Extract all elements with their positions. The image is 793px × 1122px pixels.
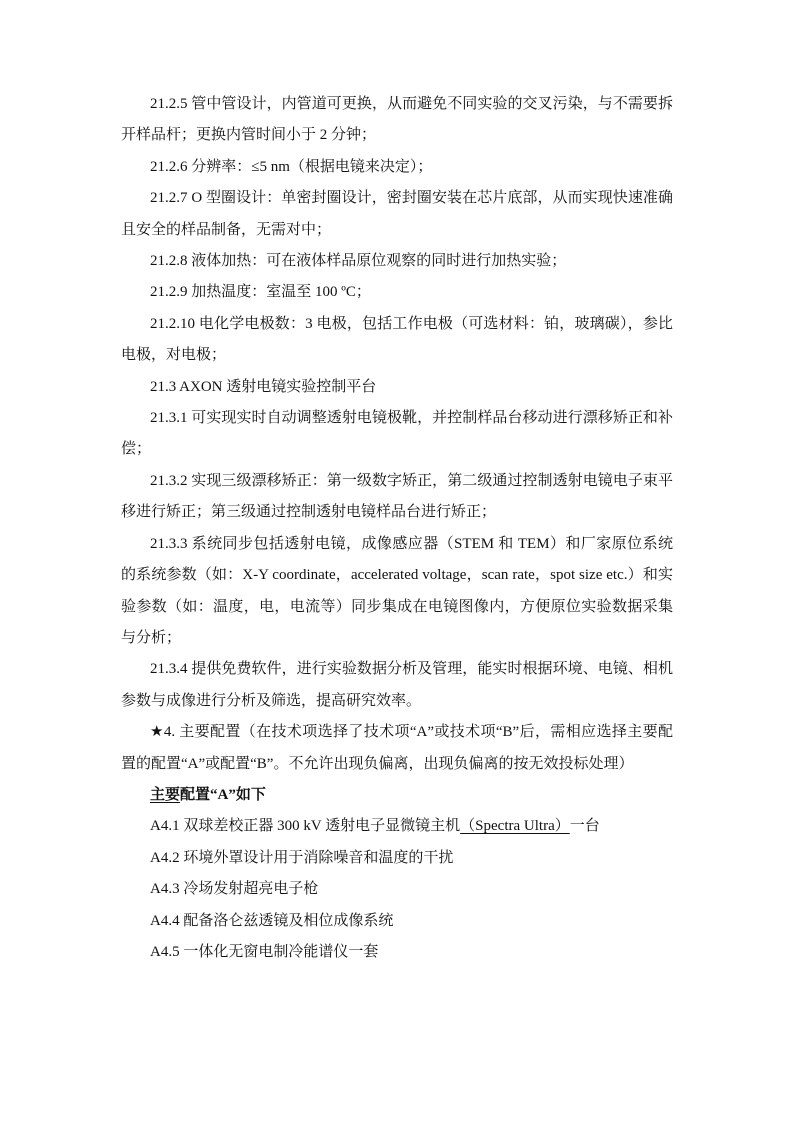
section-number: 21.2.8 xyxy=(150,253,188,269)
item-number: A4.1 xyxy=(150,818,180,834)
heading-underlined: 主要 xyxy=(150,787,180,803)
section-text: AXON 透射电镜实验控制平台 xyxy=(176,379,376,395)
section-text: 系统同步包括透射电镜，成像感应器（STEM 和 TEM）和厂家原位系统的系统参数… xyxy=(121,536,673,646)
section-text: 提供免费软件，进行实验数据分析及管理，能实时根据环境、电镜、相机参数与成像进行分… xyxy=(121,661,673,708)
item-text: 双球差校正器 300 kV 透射电子显微镜主机 xyxy=(180,818,461,834)
section-21-2-6: 21.2.6 分辨率：≤5 nm（根据电镜来决定）； xyxy=(121,152,673,183)
item-model-underlined: （Spectra Ultra） xyxy=(460,818,570,834)
section-text: 分辨率：≤5 nm（根据电镜来决定）； xyxy=(188,159,433,175)
config-item-a4-3: A4.3 冷场发射超亮电子枪 xyxy=(121,874,673,905)
section-number: 21.2.7 xyxy=(150,190,188,206)
section-text: O 型圈设计：单密封圈设计，密封圈安装在芯片底部，从而实现快速准确且安全的样品制… xyxy=(121,190,673,237)
section-text: 可实现实时自动调整透射电镜极靴，并控制样品台移动进行漂移矫正和补偿； xyxy=(121,410,673,457)
section-number: 21.3.2 xyxy=(150,473,188,489)
section-21-2-5: 21.2.5 管中管设计，内管道可更换，从而避免不同实验的交叉污染，与不需要拆开… xyxy=(121,89,673,152)
clause-number: 4. xyxy=(164,724,175,740)
item-number: A4.5 xyxy=(150,944,180,960)
section-21-3-4: 21.3.4 提供免费软件，进行实验数据分析及管理，能实时根据环境、电镜、相机参… xyxy=(121,654,673,717)
section-number: 21.3.4 xyxy=(150,661,188,677)
section-21-2-9: 21.2.9 加热温度：室温至 100 ºC； xyxy=(121,277,673,308)
item-number: A4.2 xyxy=(150,850,180,866)
config-item-a4-1: A4.1 双球差校正器 300 kV 透射电子显微镜主机（Spectra Ult… xyxy=(121,811,673,842)
section-21-3-2: 21.3.2 实现三级漂移矫正：第一级数字矫正，第二级通过控制透射电镜电子束平移… xyxy=(121,466,673,529)
item-text: 环境外罩设计用于消除噪音和温度的干扰 xyxy=(180,850,454,866)
config-a-heading: 主要配置“A”如下 xyxy=(121,780,673,811)
item-number: A4.4 xyxy=(150,913,180,929)
section-number: 21.3 xyxy=(150,379,176,395)
clause-text: 主要配置（在技术项选择了技术项“A”或技术项“B”后，需相应选择主要配置的配置“… xyxy=(121,724,673,771)
section-21-3: 21.3 AXON 透射电镜实验控制平台 xyxy=(121,372,673,403)
section-number: 21.2.6 xyxy=(150,159,188,175)
section-21-2-8: 21.2.8 液体加热：可在液体样品原位观察的同时进行加热实验； xyxy=(121,246,673,277)
section-21-2-7: 21.2.7 O 型圈设计：单密封圈设计，密封圈安装在芯片底部，从而实现快速准确… xyxy=(121,183,673,246)
section-text: 实现三级漂移矫正：第一级数字矫正，第二级通过控制透射电镜电子束平移进行矫正；第三… xyxy=(121,473,673,520)
item-text: 一体化无窗电制冷能谱仪一套 xyxy=(180,944,379,960)
section-number: 21.2.10 xyxy=(150,316,195,332)
item-text: 冷场发射超亮电子枪 xyxy=(180,881,319,897)
section-number: 21.3.1 xyxy=(150,410,188,426)
section-text: 管中管设计，内管道可更换，从而避免不同实验的交叉污染，与不需要拆开样品杆；更换内… xyxy=(121,96,673,143)
section-21-2-10: 21.2.10 电化学电极数：3 电极，包括工作电极（可选材料：铂，玻璃碳），参… xyxy=(121,309,673,372)
config-item-a4-5: A4.5 一体化无窗电制冷能谱仪一套 xyxy=(121,937,673,968)
item-number: A4.3 xyxy=(150,881,180,897)
item-text-after: 一台 xyxy=(570,818,600,834)
document-page: 21.2.5 管中管设计，内管道可更换，从而避免不同实验的交叉污染，与不需要拆开… xyxy=(121,89,673,968)
heading-rest: 配置“A”如下 xyxy=(180,787,266,803)
item-text: 配备洛仑兹透镜及相位成像系统 xyxy=(180,913,394,929)
main-config-clause: ★4. 主要配置（在技术项选择了技术项“A”或技术项“B”后，需相应选择主要配置… xyxy=(121,717,673,780)
section-text: 加热温度：室温至 100 ºC； xyxy=(188,284,371,300)
section-number: 21.3.3 xyxy=(150,536,188,552)
section-21-3-3: 21.3.3 系统同步包括透射电镜，成像感应器（STEM 和 TEM）和厂家原位… xyxy=(121,529,673,655)
config-item-a4-4: A4.4 配备洛仑兹透镜及相位成像系统 xyxy=(121,906,673,937)
section-text: 电化学电极数：3 电极，包括工作电极（可选材料：铂，玻璃碳），参比电极，对电极； xyxy=(121,316,673,363)
section-21-3-1: 21.3.1 可实现实时自动调整透射电镜极靴，并控制样品台移动进行漂移矫正和补偿… xyxy=(121,403,673,466)
config-item-a4-2: A4.2 环境外罩设计用于消除噪音和温度的干扰 xyxy=(121,843,673,874)
section-number: 21.2.9 xyxy=(150,284,188,300)
section-text: 液体加热：可在液体样品原位观察的同时进行加热实验； xyxy=(188,253,567,269)
section-number: 21.2.5 xyxy=(150,96,188,112)
star-icon: ★ xyxy=(150,724,164,740)
